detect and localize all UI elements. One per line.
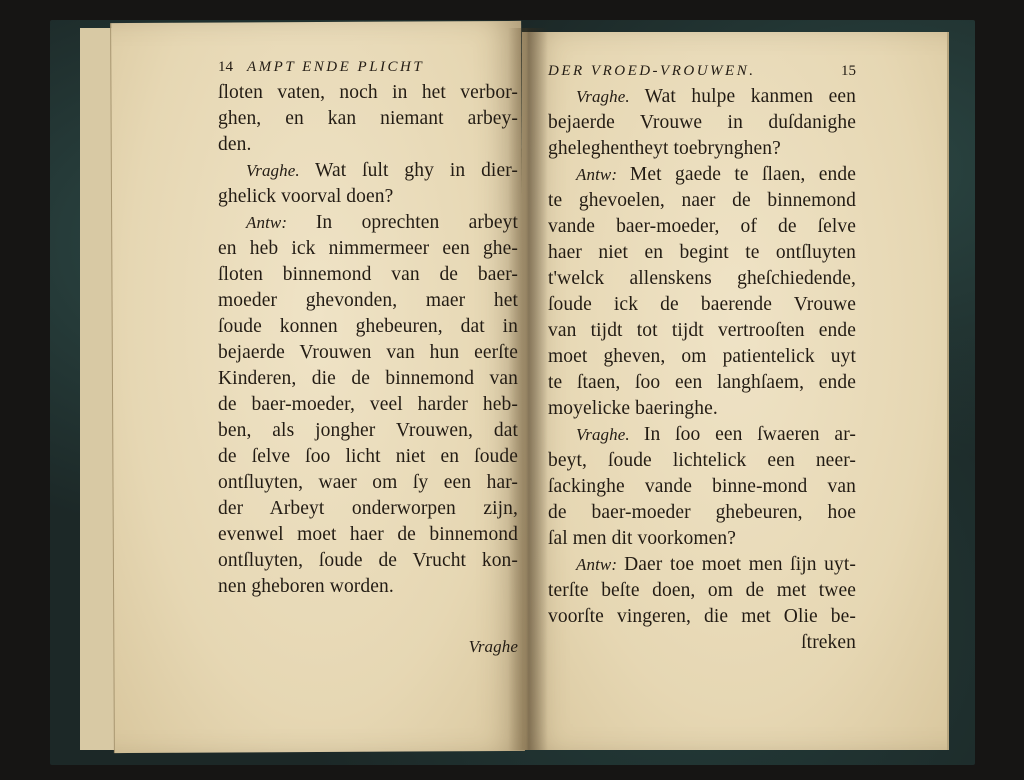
text-line: voorſte vingeren, die met Olie be- (548, 604, 856, 630)
text-line: ſloten vaten, noch in het verbor- (218, 80, 518, 106)
text-line: te ghevoelen, naer de binnemond (548, 188, 856, 214)
text-line: Antw: Daer toe moet men ſijn uyt- (548, 552, 856, 578)
page-number-left: 14 (218, 56, 233, 80)
dialogue-label: Vraghe. (576, 425, 644, 444)
text-line: Antw: Met gaede te ſlaen, ende (548, 162, 856, 188)
page-number-right: 15 (841, 60, 856, 84)
running-head-title-right: DER VROED-VROUWEN. (548, 60, 755, 84)
text-line: ſackinghe vande binne-mond van (548, 474, 856, 500)
text-line: ontſluyten, ſoude de Vrucht kon- (218, 548, 518, 574)
text-line: der Arbeyt onderworpen zijn, (218, 496, 518, 522)
text-line: Antw: In oprechten arbeyt (218, 210, 518, 236)
text-line: te ſtaen, ſoo een langhſaem, ende (548, 370, 856, 396)
left-running-head: 14 AMPT ENDE PLICHT (218, 56, 518, 80)
text-line: Vraghe. In ſoo een ſwaeren ar- (548, 422, 856, 448)
line-text: Daer toe moet men ſijn uyt- (624, 554, 856, 575)
right-page-text: DER VROED-VROUWEN. 15 Vraghe. Wat hulpe … (548, 60, 856, 656)
text-line: de baer-moeder ghebeuren, hoe (548, 500, 856, 526)
text-line: Vraghe. Wat ſult ghy in dier- (218, 158, 518, 184)
dialogue-label: Vraghe. (246, 161, 315, 180)
text-line: ſoude konnen ghebeuren, dat in (218, 314, 518, 340)
text-line: van tijdt tot tijdt vertrooſten ende (548, 318, 856, 344)
text-line: moyelicke baeringhe. (548, 396, 856, 422)
text-line: Kinderen, die de binnemond van (218, 366, 518, 392)
text-line: moet gheven, om patientelick uyt (548, 344, 856, 370)
dialogue-label: Vraghe. (576, 87, 645, 106)
text-line: de baer-moeder, veel harder heb- (218, 392, 518, 418)
left-page-text: 14 AMPT ENDE PLICHT ſloten vaten, noch i… (218, 56, 518, 660)
text-line: de ſelve ſoo licht niet en ſoude (218, 444, 518, 470)
text-line: moeder ghevonden, maer het (218, 288, 518, 314)
text-line: ſoude ick de baerende Vrouwe (548, 292, 856, 318)
line-text: In ſoo een ſwaeren ar- (644, 424, 856, 445)
text-line: ghelick voorval doen? (218, 184, 518, 210)
catchword-left: Vraghe (218, 634, 518, 660)
text-line: ben, als jongher Vrouwen, dat (218, 418, 518, 444)
text-line: beyt, ſoude lichtelick een neer- (548, 448, 856, 474)
dialogue-label: Antw: (576, 555, 624, 574)
text-line: en heb ick nimmermeer een ghe- (218, 236, 518, 262)
text-line: nen gheboren worden. (218, 574, 518, 600)
text-line: den. (218, 132, 518, 158)
text-line: terſte beſte doen, om de met twee (548, 578, 856, 604)
text-line: ghen, en kan niemant arbey- (218, 106, 518, 132)
text-line: ontſluyten, waer om ſy een har- (218, 470, 518, 496)
right-page-body: Vraghe. Wat hulpe kanmen eenbejaerde Vro… (548, 84, 856, 630)
text-line: t'welck allenskens gheſchiedende, (548, 266, 856, 292)
dialogue-label: Antw: (246, 213, 316, 232)
text-line: Vraghe. Wat hulpe kanmen een (548, 84, 856, 110)
line-text: Wat hulpe kanmen een (645, 86, 856, 107)
line-text: In oprechten arbeyt (316, 212, 518, 233)
text-line: evenwel moet haer de binnemond (218, 522, 518, 548)
text-line: ſloten binnemond van de baer- (218, 262, 518, 288)
text-line: bejaerde Vrouwe in duſdanighe (548, 110, 856, 136)
text-line: bejaerde Vrouwen van hun eerſte (218, 340, 518, 366)
dialogue-label: Antw: (576, 165, 630, 184)
text-line: haer niet en begint te ontſluyten (548, 240, 856, 266)
right-running-head: DER VROED-VROUWEN. 15 (548, 60, 856, 84)
left-page-body: ſloten vaten, noch in het verbor-ghen, e… (218, 80, 518, 600)
text-line: gheleghentheyt toebrynghen? (548, 136, 856, 162)
catchword-right: ſtreken (548, 630, 856, 656)
line-text: Met gaede te ſlaen, ende (630, 164, 856, 185)
running-head-title-left: AMPT ENDE PLICHT (247, 56, 424, 80)
text-line: vande baer-moeder, of de ſelve (548, 214, 856, 240)
line-text: Wat ſult ghy in dier- (315, 160, 518, 181)
text-line: ſal men dit voorkomen? (548, 526, 856, 552)
